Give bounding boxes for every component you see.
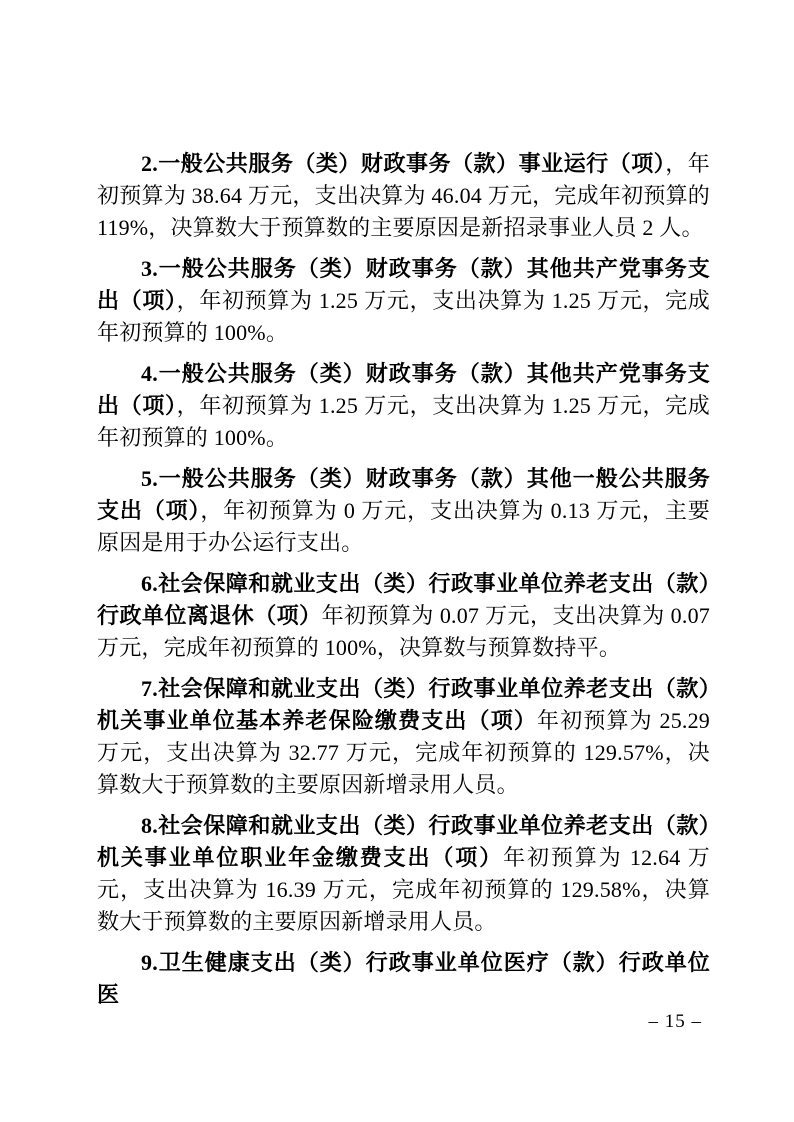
paragraph-item-7: 7.社会保障和就业支出（类）行政事业单位养老支出（款）机关事业单位基本养老保险缴… <box>97 673 710 801</box>
budget-item-heading: 9.卫生健康支出（类）行政事业单位医疗（款）行政单位医 <box>97 950 710 1007</box>
document-body: 2.一般公共服务（类）财政事务（款）事业运行（项），年初预算为 38.64 万元… <box>97 148 710 1020</box>
paragraph-item-6: 6.社会保障和就业支出（类）行政事业单位养老支出（款）行政单位离退休（项）年初预… <box>97 568 710 664</box>
paragraph-item-9: 9.卫生健康支出（类）行政事业单位医疗（款）行政单位医 <box>97 947 710 1011</box>
budget-item-text: ，年初预算为 1.25 万元，支出决算为 1.25 万元，完成年初预算的 100… <box>97 393 710 450</box>
paragraph-item-3: 3.一般公共服务（类）财政事务（款）其他共产党事务支出（项），年初预算为 1.2… <box>97 253 710 349</box>
document-page: 2.一般公共服务（类）财政事务（款）事业运行（项），年初预算为 38.64 万元… <box>0 0 794 1122</box>
paragraph-item-4: 4.一般公共服务（类）财政事务（款）其他共产党事务支出（项），年初预算为 1.2… <box>97 358 710 454</box>
budget-item-text: ，年初预算为 1.25 万元，支出决算为 1.25 万元，完成年初预算的 100… <box>97 288 710 345</box>
paragraph-item-2: 2.一般公共服务（类）财政事务（款）事业运行（项），年初预算为 38.64 万元… <box>97 148 710 244</box>
budget-item-heading: 2.一般公共服务（类）财政事务（款）事业运行（项） <box>141 151 665 176</box>
page-number: – 15 – <box>649 1010 703 1034</box>
paragraph-item-8: 8.社会保障和就业支出（类）行政事业单位养老支出（款）机关事业单位职业年金缴费支… <box>97 810 710 938</box>
paragraph-item-5: 5.一般公共服务（类）财政事务（款）其他一般公共服务支出（项），年初预算为 0 … <box>97 463 710 559</box>
